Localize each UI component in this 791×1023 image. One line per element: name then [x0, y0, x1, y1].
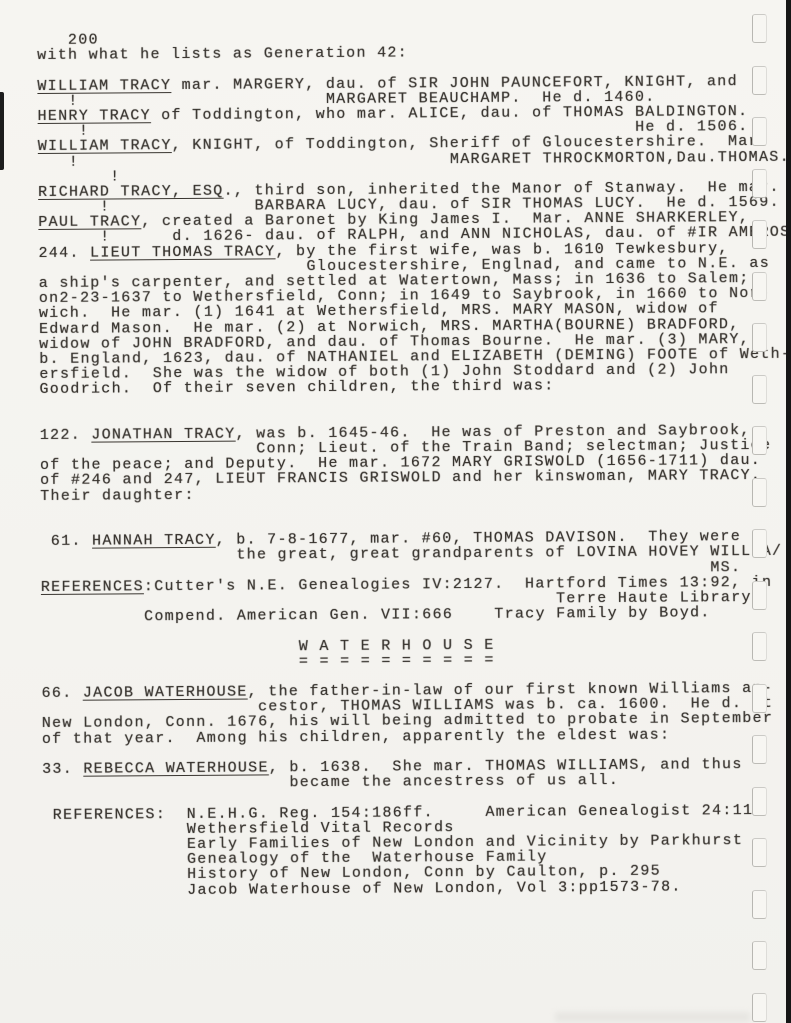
document-text: 200with what he lists as Generation 42:W… — [37, 28, 791, 899]
binding-hole — [752, 684, 767, 713]
binding-hole — [752, 787, 767, 816]
scanned-genealogy-page: 200with what he lists as Generation 42:W… — [0, 0, 791, 1023]
scan-edge-mark-left — [0, 92, 4, 170]
binding-hole — [752, 14, 767, 43]
binding-hole — [752, 890, 767, 919]
binding-hole — [752, 169, 767, 198]
binding-hole — [752, 66, 767, 95]
binding-hole — [752, 838, 767, 867]
binding-hole — [752, 941, 767, 970]
binding-hole — [752, 993, 767, 1022]
binding-hole — [752, 529, 767, 558]
binding-hole — [752, 375, 767, 404]
scan-smudge — [555, 1012, 750, 1022]
binding-hole — [752, 272, 767, 301]
binding-hole — [752, 735, 767, 764]
binding-hole — [752, 478, 767, 507]
binding-hole — [752, 426, 767, 455]
binding-hole — [752, 220, 767, 249]
binding-hole — [752, 581, 767, 610]
scan-edge-right — [786, 0, 791, 1023]
binding-hole — [752, 117, 767, 146]
binding-holes — [752, 0, 768, 1023]
binding-hole — [752, 323, 767, 352]
text-line: Jacob Waterhouse of New London, Vol 3:pp… — [43, 878, 791, 899]
binding-hole — [752, 632, 767, 661]
